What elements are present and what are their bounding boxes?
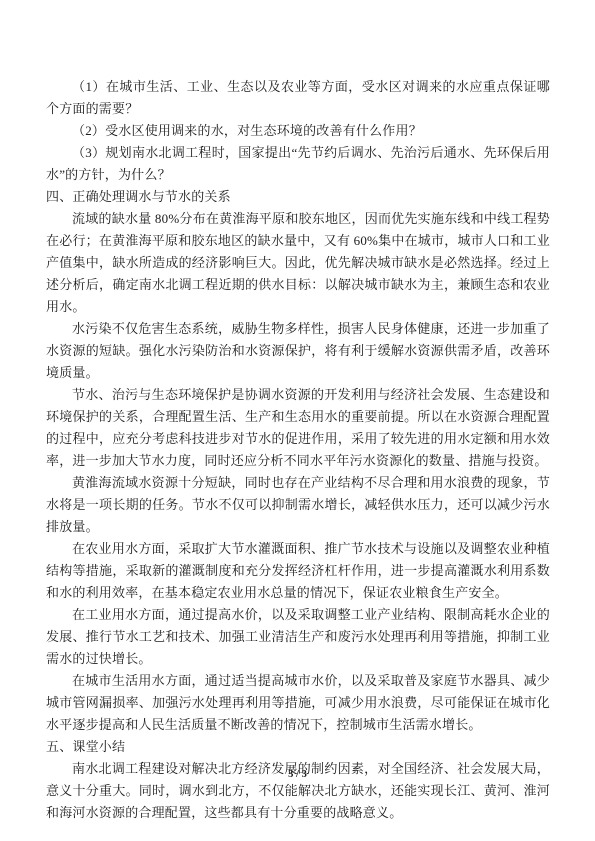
- question-paragraph: （2）受水区使用调来的水，对生态环境的改善有什么作用？: [46, 120, 550, 142]
- document-page: （1）在城市生活、工业、生态以及农业等方面，受水区对调来的水应重点保证哪个方面的…: [0, 0, 595, 841]
- question-paragraph: （3）规划南水北调工程时，国家提出“先节约后调水、先治污后通水、先环保后用水”的…: [46, 142, 550, 186]
- page-number: 3 / 3: [0, 769, 595, 780]
- body-paragraph: 黄淮海流域水资源十分短缺，同时也存在产业结构不尽合理和用水浪费的现象，节水将是一…: [46, 472, 550, 538]
- body-paragraph: 在工业用水方面，通过提高水价，以及采取调整工业产业结构、限制高耗水企业的发展、推…: [46, 604, 550, 670]
- question-paragraph: （1）在城市生活、工业、生态以及农业等方面，受水区对调来的水应重点保证哪个方面的…: [46, 76, 550, 120]
- section-heading: 五、课堂小结: [46, 736, 550, 758]
- document-content: （1）在城市生活、工业、生态以及农业等方面，受水区对调来的水应重点保证哪个方面的…: [46, 76, 550, 824]
- body-paragraph: 节水、治污与生态环境保护是协调水资源的开发利用与经济社会发展、生态建设和环境保护…: [46, 384, 550, 472]
- body-paragraph: 在城市生活用水方面，通过适当提高城市水价，以及采取普及家庭节水器具、减少城市管网…: [46, 670, 550, 736]
- body-paragraph: 流域的缺水量 80%分布在黄淮海平原和胶东地区，因而优先实施东线和中线工程势在必…: [46, 208, 550, 318]
- body-paragraph: 南水北调工程建设对解决北方经济发展的制约因素，对全国经济、社会发展大局，意义十分…: [46, 758, 550, 824]
- section-heading: 四、正确处理调水与节水的关系: [46, 186, 550, 208]
- body-paragraph: 水污染不仅危害生态系统，威胁生物多样性，损害人民身体健康，还进一步加重了水资源的…: [46, 318, 550, 384]
- body-paragraph: 在农业用水方面，采取扩大节水灌溉面积、推广节水技术与设施以及调整农业种植结构等措…: [46, 538, 550, 604]
